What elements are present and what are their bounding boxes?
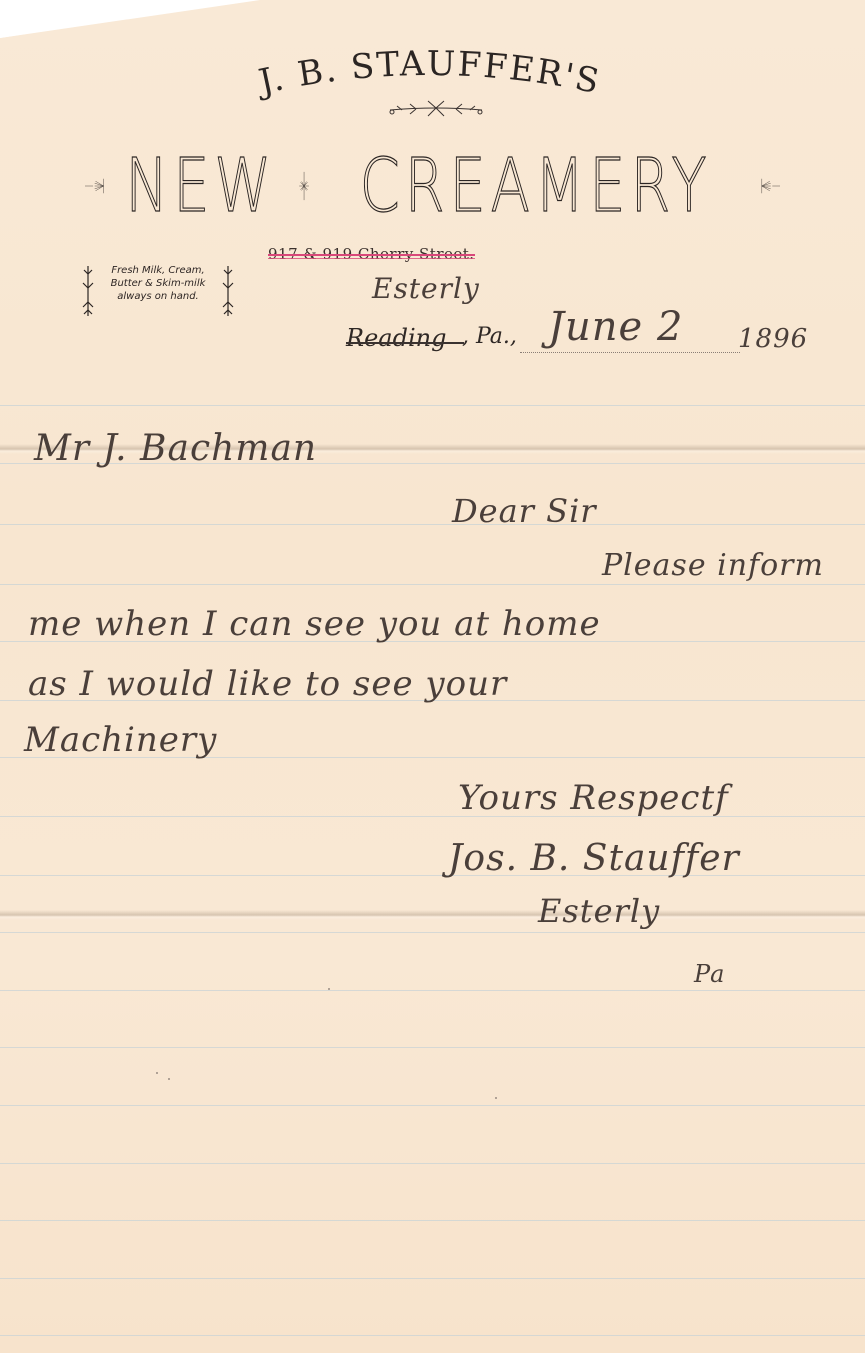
- ruled-line: [0, 1163, 865, 1164]
- signature-place: Esterly: [538, 892, 660, 930]
- title-creamery: CREAMERY: [359, 149, 711, 223]
- ruled-line: [0, 1278, 865, 1279]
- handwritten-year: 1896: [738, 324, 808, 354]
- letter-paper: J. B. STAUFFER'S NEW: [0, 0, 865, 1353]
- paper-speck: [328, 988, 330, 990]
- ruled-line: [0, 932, 865, 933]
- ruled-line: [0, 1220, 865, 1221]
- printed-address: 917 & 919 Cherry Street.: [268, 245, 475, 263]
- ruled-line: [0, 405, 865, 406]
- advert-line: always on hand.: [96, 290, 220, 303]
- paper-speck: [495, 1097, 497, 1099]
- printed-city-struck: Reading: [346, 324, 446, 352]
- body-line-1: Please inform: [602, 548, 824, 583]
- red-strikethrough: [268, 258, 475, 259]
- body-line-3: as I would like to see your: [28, 664, 507, 704]
- red-strikethrough: [268, 254, 475, 256]
- letterhead-title: NEW CREAMERY: [85, 148, 780, 223]
- city-strikethrough: [346, 342, 464, 344]
- ruled-line: [0, 990, 865, 991]
- fold-crease: [0, 910, 865, 920]
- salutation: Dear Sir: [452, 492, 597, 530]
- leaf-ornament-left-icon: [82, 266, 94, 316]
- starburst-right-icon: [761, 166, 780, 206]
- handwritten-date: June 2: [548, 304, 683, 350]
- ruled-line: [0, 1105, 865, 1106]
- body-line-2: me when I can see you at home: [28, 604, 601, 644]
- starburst-left-icon: [85, 166, 104, 206]
- advert-line: Butter & Skim-milk: [96, 277, 220, 290]
- advert-box: Fresh Milk, Cream, Butter & Skim-milk al…: [82, 264, 234, 318]
- signature-state: Pa: [694, 960, 725, 988]
- closing: Yours Respectf: [458, 778, 729, 818]
- title-new: NEW: [126, 149, 277, 223]
- ruled-line: [0, 1335, 865, 1336]
- recipient-line: Mr J. Bachman: [34, 428, 317, 469]
- ruled-line: [0, 524, 865, 525]
- ruled-line: [0, 816, 865, 817]
- starburst-center-icon: [298, 151, 310, 221]
- body-line-4: Machinery: [24, 720, 217, 760]
- svg-text:J. B. STAUFFER'S: J. B. STAUFFER'S: [253, 45, 605, 103]
- printed-state: , Pa.,: [462, 324, 517, 349]
- paper-speck: [156, 1072, 158, 1074]
- handwritten-place-correction: Esterly: [372, 272, 480, 305]
- sprig-ornament-icon: [386, 98, 486, 120]
- paper-speck: [168, 1078, 170, 1080]
- ruled-line: [0, 1047, 865, 1048]
- advert-line: Fresh Milk, Cream,: [96, 264, 220, 277]
- ruled-line: [0, 584, 865, 585]
- date-dotted-line: [520, 352, 740, 353]
- leaf-ornament-right-icon: [222, 266, 234, 316]
- advert-text: Fresh Milk, Cream, Butter & Skim-milk al…: [96, 264, 220, 303]
- signature: Jos. B. Stauffer: [448, 838, 740, 879]
